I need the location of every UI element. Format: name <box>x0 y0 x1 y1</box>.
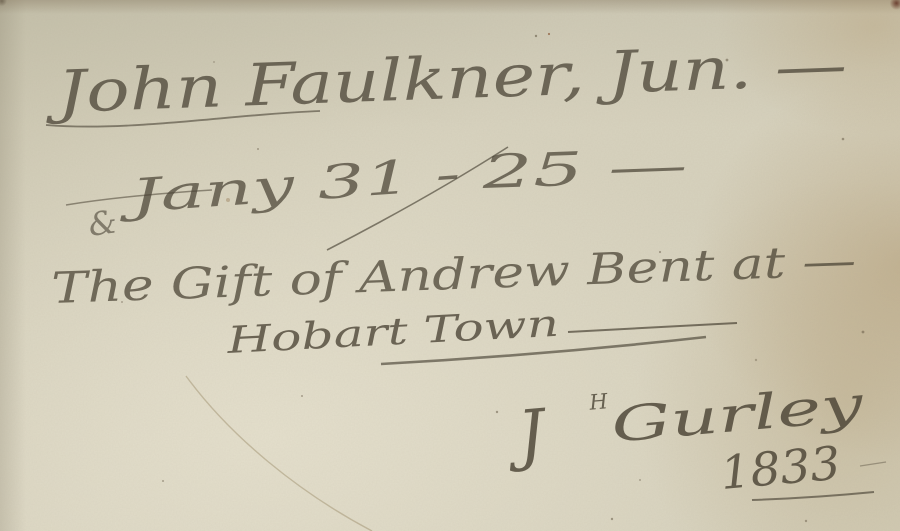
signature-mark-text: H <box>587 389 609 415</box>
date-right-text: 25 — <box>480 138 688 199</box>
flourish-mark: & <box>86 202 119 244</box>
year-text: 1833 <box>718 436 842 500</box>
book-endpaper-photo: John Faulkner, Jun. — Jany 31 - 25 — & T… <box>0 0 900 531</box>
inscription-layer: John Faulkner, Jun. — Jany 31 - 25 — & T… <box>0 0 900 531</box>
